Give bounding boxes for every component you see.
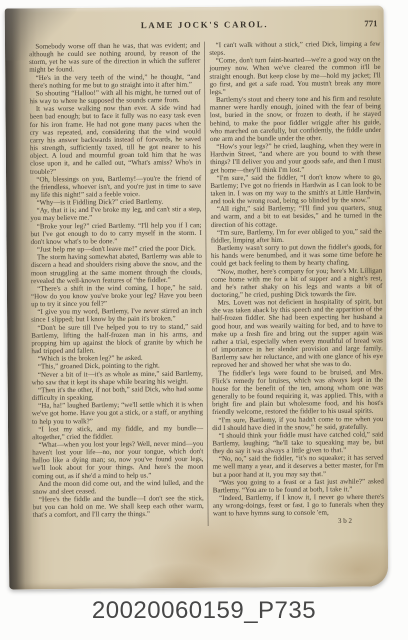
archival-id-label: 20020060159_P735 <box>0 597 408 625</box>
paragraph: “I'm sure, Bartlemy, I'm for ever oblige… <box>211 228 382 245</box>
page-title: LAME JOCK'S CAROL. <box>29 19 380 32</box>
signature-mark: 3 b 2 <box>213 517 384 526</box>
paragraph: “Don't be sure till I've helped you to t… <box>31 323 202 356</box>
paragraph: “I should think your fiddle must have ca… <box>212 431 383 456</box>
paragraph: “No, no,” said the fiddler, “it's no squ… <box>212 454 383 479</box>
paragraph: “Ha, ha!” laughed Bartlemy; “we'll settl… <box>32 401 203 426</box>
paragraph: “Oh, blessings on you, Bartlemy!—you're … <box>30 174 201 199</box>
paragraph: “There's a shift in the wind coming, I h… <box>31 284 202 309</box>
paragraph: The storm having somewhat abated, Bartle… <box>31 253 202 286</box>
left-column: Somebody worse off than he was, that was… <box>29 42 207 527</box>
page-number: 771 <box>364 19 377 30</box>
paragraph: “I can't walk without a stick,” cried Di… <box>209 40 380 57</box>
paragraph: The fiddler's legs were found to be brui… <box>212 368 384 416</box>
paragraph: “Then it's the other, if not both,” said… <box>32 385 203 402</box>
paragraph: Somebody worse off than he was, that was… <box>29 42 200 75</box>
paragraph: Mrs. Lovett was not deficient in hospita… <box>211 298 383 370</box>
paragraph: “Indeed, Bartlemy, if I know it, I never… <box>213 493 384 518</box>
paragraph: “Was you going to a feast or a fast just… <box>213 478 384 495</box>
paragraph: “What—when you lost your legs? Well, nev… <box>32 440 203 480</box>
paragraph: “I lost my stick, and my fiddle, and my … <box>32 424 203 441</box>
paragraph: Bartlemy's stout and cheery tone and his… <box>210 95 382 143</box>
paragraph: “Ay, that it is; and I've broke my leg, … <box>30 206 201 223</box>
paragraph: “Now, mother, here's company for you; he… <box>211 267 382 300</box>
book-page-scan: LAME JOCK'S CAROL. 771 Somebody worse of… <box>0 0 408 640</box>
paragraph: “All right,” said Bartlemy; “I'll find y… <box>211 204 382 229</box>
paragraph: “I'm sure,” said the fiddler, “I don't k… <box>210 173 381 206</box>
paragraph: It was worse walking now than ever. A si… <box>29 104 201 176</box>
page-content: LAME JOCK'S CAROL. 771 Somebody worse of… <box>29 19 384 528</box>
running-header: LAME JOCK'S CAROL. 771 <box>29 19 381 39</box>
paragraph: “Never a bit of it—it's as whole as mine… <box>32 370 203 387</box>
text-columns: Somebody worse off than he was, that was… <box>29 40 384 527</box>
paragraph: “Broke your leg?” cried Bartlemy. “I'll … <box>30 221 201 246</box>
right-column: “I can't walk without a stick,” cried Di… <box>204 40 385 525</box>
paragraph: “I give you my word, Bartlemy, I've neve… <box>31 307 202 324</box>
paragraph: “I'm sure, Bartlemy, if you hadn't come … <box>212 415 383 432</box>
paragraph: “How's your legs?” he cried, laughing, w… <box>210 142 381 175</box>
paragraph: So shouting “Halloo!” with all his might… <box>29 89 200 106</box>
paragraph: Bartlemy wasn't sorry to put down the fi… <box>211 243 382 268</box>
paragraph: “He's in the very teeth of the wind,” he… <box>29 73 200 90</box>
paragraph: “Here's the fiddle and the bundle—I don'… <box>33 495 204 520</box>
book-page: LAME JOCK'S CAROL. 771 Somebody worse of… <box>5 6 389 590</box>
paragraph: And the moon did come out, and the wind … <box>32 479 203 496</box>
paragraph: “Come, don't turn faint-hearted—we're a … <box>209 56 380 96</box>
